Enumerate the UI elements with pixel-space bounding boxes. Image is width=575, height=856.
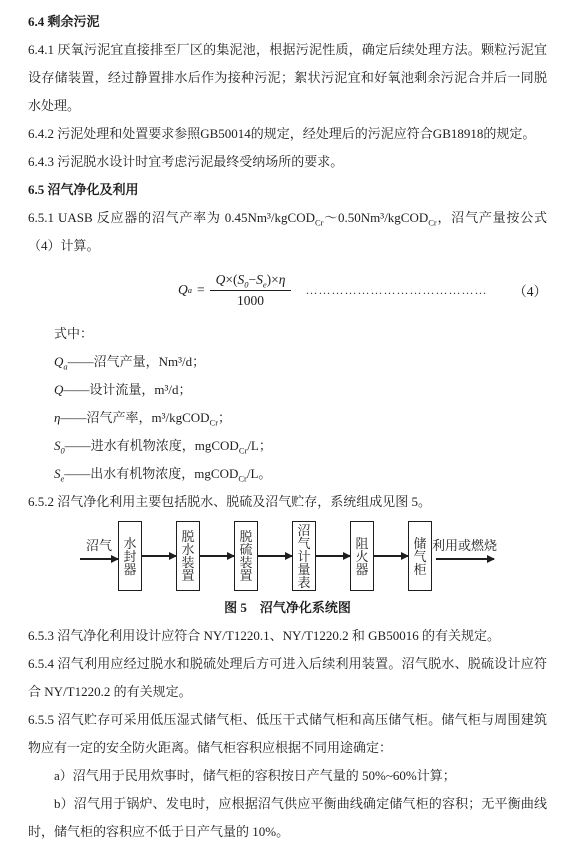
operator: − (248, 272, 256, 287)
para-6-5-2: 6.5.2 沼气净化利用主要包括脱水、脱硫及沼气贮存，系统组成见图 5。 (28, 488, 547, 516)
flow-box-gas-holder: 储气柜 (408, 521, 432, 591)
operator: ×( (225, 272, 237, 287)
list-item-b: b）沼气用于锅炉、发电时，应根据沼气供应平衡曲线确定储气柜的容积；无平衡曲线时，… (28, 790, 547, 846)
def-text: ——出水有机物浓度，mgCOD (64, 466, 238, 481)
section-heading-6-5: 6.5 沼气净化及利用 (28, 176, 547, 204)
flow-arrow-icon (142, 555, 176, 557)
flow-box-dewatering-unit: 脱水装置 (176, 521, 200, 591)
def-text: ——设计流量，m³/d； (63, 382, 191, 397)
para-6-5-1-text: 6.5.1 UASB 反应器的沼气产率为 0.45Nm³/kgCOD (28, 210, 315, 225)
cod-subscript: Cr (238, 474, 247, 484)
variable-Se: S (256, 272, 263, 287)
para-6-4-1: 6.4.1 厌氧污泥宜直接排至厂区的集泥池，根据污泥性质，确定后续处理方法。颗粒… (28, 36, 547, 120)
definition-Qa: Qa——沼气产量，Nm³/d； (28, 348, 547, 376)
def-text: ——沼气产量，Nm³/d； (68, 354, 206, 369)
definition-Se: Se——出水有机物浓度，mgCODCr/L。 (28, 460, 547, 488)
definition-S0: S0——进水有机物浓度，mgCODCr/L； (28, 432, 547, 460)
para-6-4-2: 6.4.2 污泥处理和处置要求参照GB50014的规定，经处理后的污泥应符合GB… (28, 120, 547, 148)
flow-arrow-icon (80, 558, 118, 560)
flow-box-flame-arrester: 阻火器 (350, 521, 374, 591)
def-text: /L； (247, 438, 272, 453)
flow-box-water-seal: 水封器 (118, 521, 142, 591)
equation-4: Qa=Q×(S0−Se)×η1000 …………………………………… （4） (28, 262, 547, 318)
def-text: ； (218, 410, 231, 425)
equation-number: （4） (513, 280, 547, 300)
document-page: 6.4 剩余污泥 6.4.1 厌氧污泥宜直接排至厂区的集泥池，根据污泥性质，确定… (0, 0, 575, 856)
def-text: ——进水有机物浓度，mgCOD (65, 438, 239, 453)
flow-arrow-icon (200, 555, 234, 557)
figure-5-flow-diagram: 沼气 水封器 脱水装置 脱硫装置 沼气计量表 阻火器 储气柜 利用或燃烧 (80, 518, 547, 594)
equation-lhs: Qa=Q×(S0−Se)×η1000 (178, 270, 291, 310)
def-variable: Q (54, 354, 63, 369)
cod-subscript: Cr (210, 418, 219, 428)
flow-arrow-icon (316, 555, 350, 557)
diagram-output: 利用或燃烧 (432, 538, 497, 560)
def-text: ——沼气产率，m³/kgCOD (60, 410, 209, 425)
def-variable: Q (54, 382, 63, 397)
variable-Qa: Q (178, 282, 188, 298)
diagram-input-label: 沼气 (86, 538, 112, 553)
fraction-denominator: 1000 (237, 291, 264, 310)
def-text: /L。 (247, 466, 272, 481)
cod-subscript: Cr (428, 218, 437, 228)
para-6-5-4: 6.5.4 沼气利用应经过脱水和脱硫处理后方可进入后续利用装置。沼气脱水、脱硫设… (28, 650, 547, 706)
list-item-a: a）沼气用于民用炊事时，储气柜的容积按日产气量的 50%~60%计算； (28, 762, 547, 790)
dot-leader: …………………………………… (305, 283, 507, 298)
para-6-5-3: 6.5.3 沼气净化利用设计应符合 NY/T1220.1、NY/T1220.2 … (28, 622, 547, 650)
para-6-5-1-text: ～0.50Nm³/kgCOD (323, 210, 428, 225)
flow-box-gas-meter: 沼气计量表 (292, 521, 316, 591)
equals-sign: = (197, 282, 205, 298)
operator: )× (267, 272, 279, 287)
section-heading-6-4: 6.4 剩余污泥 (28, 8, 547, 36)
para-6-5-5: 6.5.5 沼气贮存可采用低压湿式储气柜、低压干式储气柜和高压储气柜。储气柜与周… (28, 706, 547, 762)
definition-eta: η——沼气产率，m³/kgCODCr； (28, 404, 547, 432)
para-6-5-1: 6.5.1 UASB 反应器的沼气产率为 0.45Nm³/kgCODCr～0.5… (28, 204, 547, 260)
flow-box-desulfurization-unit: 脱硫装置 (234, 521, 258, 591)
flow-arrow-icon (374, 555, 408, 557)
flow-arrow-icon (436, 558, 494, 560)
variable-Q: Q (216, 272, 226, 287)
para-6-4-3: 6.4.3 污泥脱水设计时宜考虑污泥最终受纳场所的要求。 (28, 148, 547, 176)
definition-Q: Q——设计流量，m³/d； (28, 376, 547, 404)
equation-fraction: Q×(S0−Se)×η1000 (210, 270, 292, 310)
flow-arrow-icon (258, 555, 292, 557)
formula-where-label: 式中： (28, 320, 547, 348)
diagram-output-label: 利用或燃烧 (432, 538, 497, 553)
fraction-numerator: Q×(S0−Se)×η (210, 270, 292, 291)
variable-eta: η (279, 272, 286, 287)
diagram-input: 沼气 (80, 538, 118, 560)
figure-5-caption: 图 5 沼气净化系统图 (28, 594, 547, 622)
